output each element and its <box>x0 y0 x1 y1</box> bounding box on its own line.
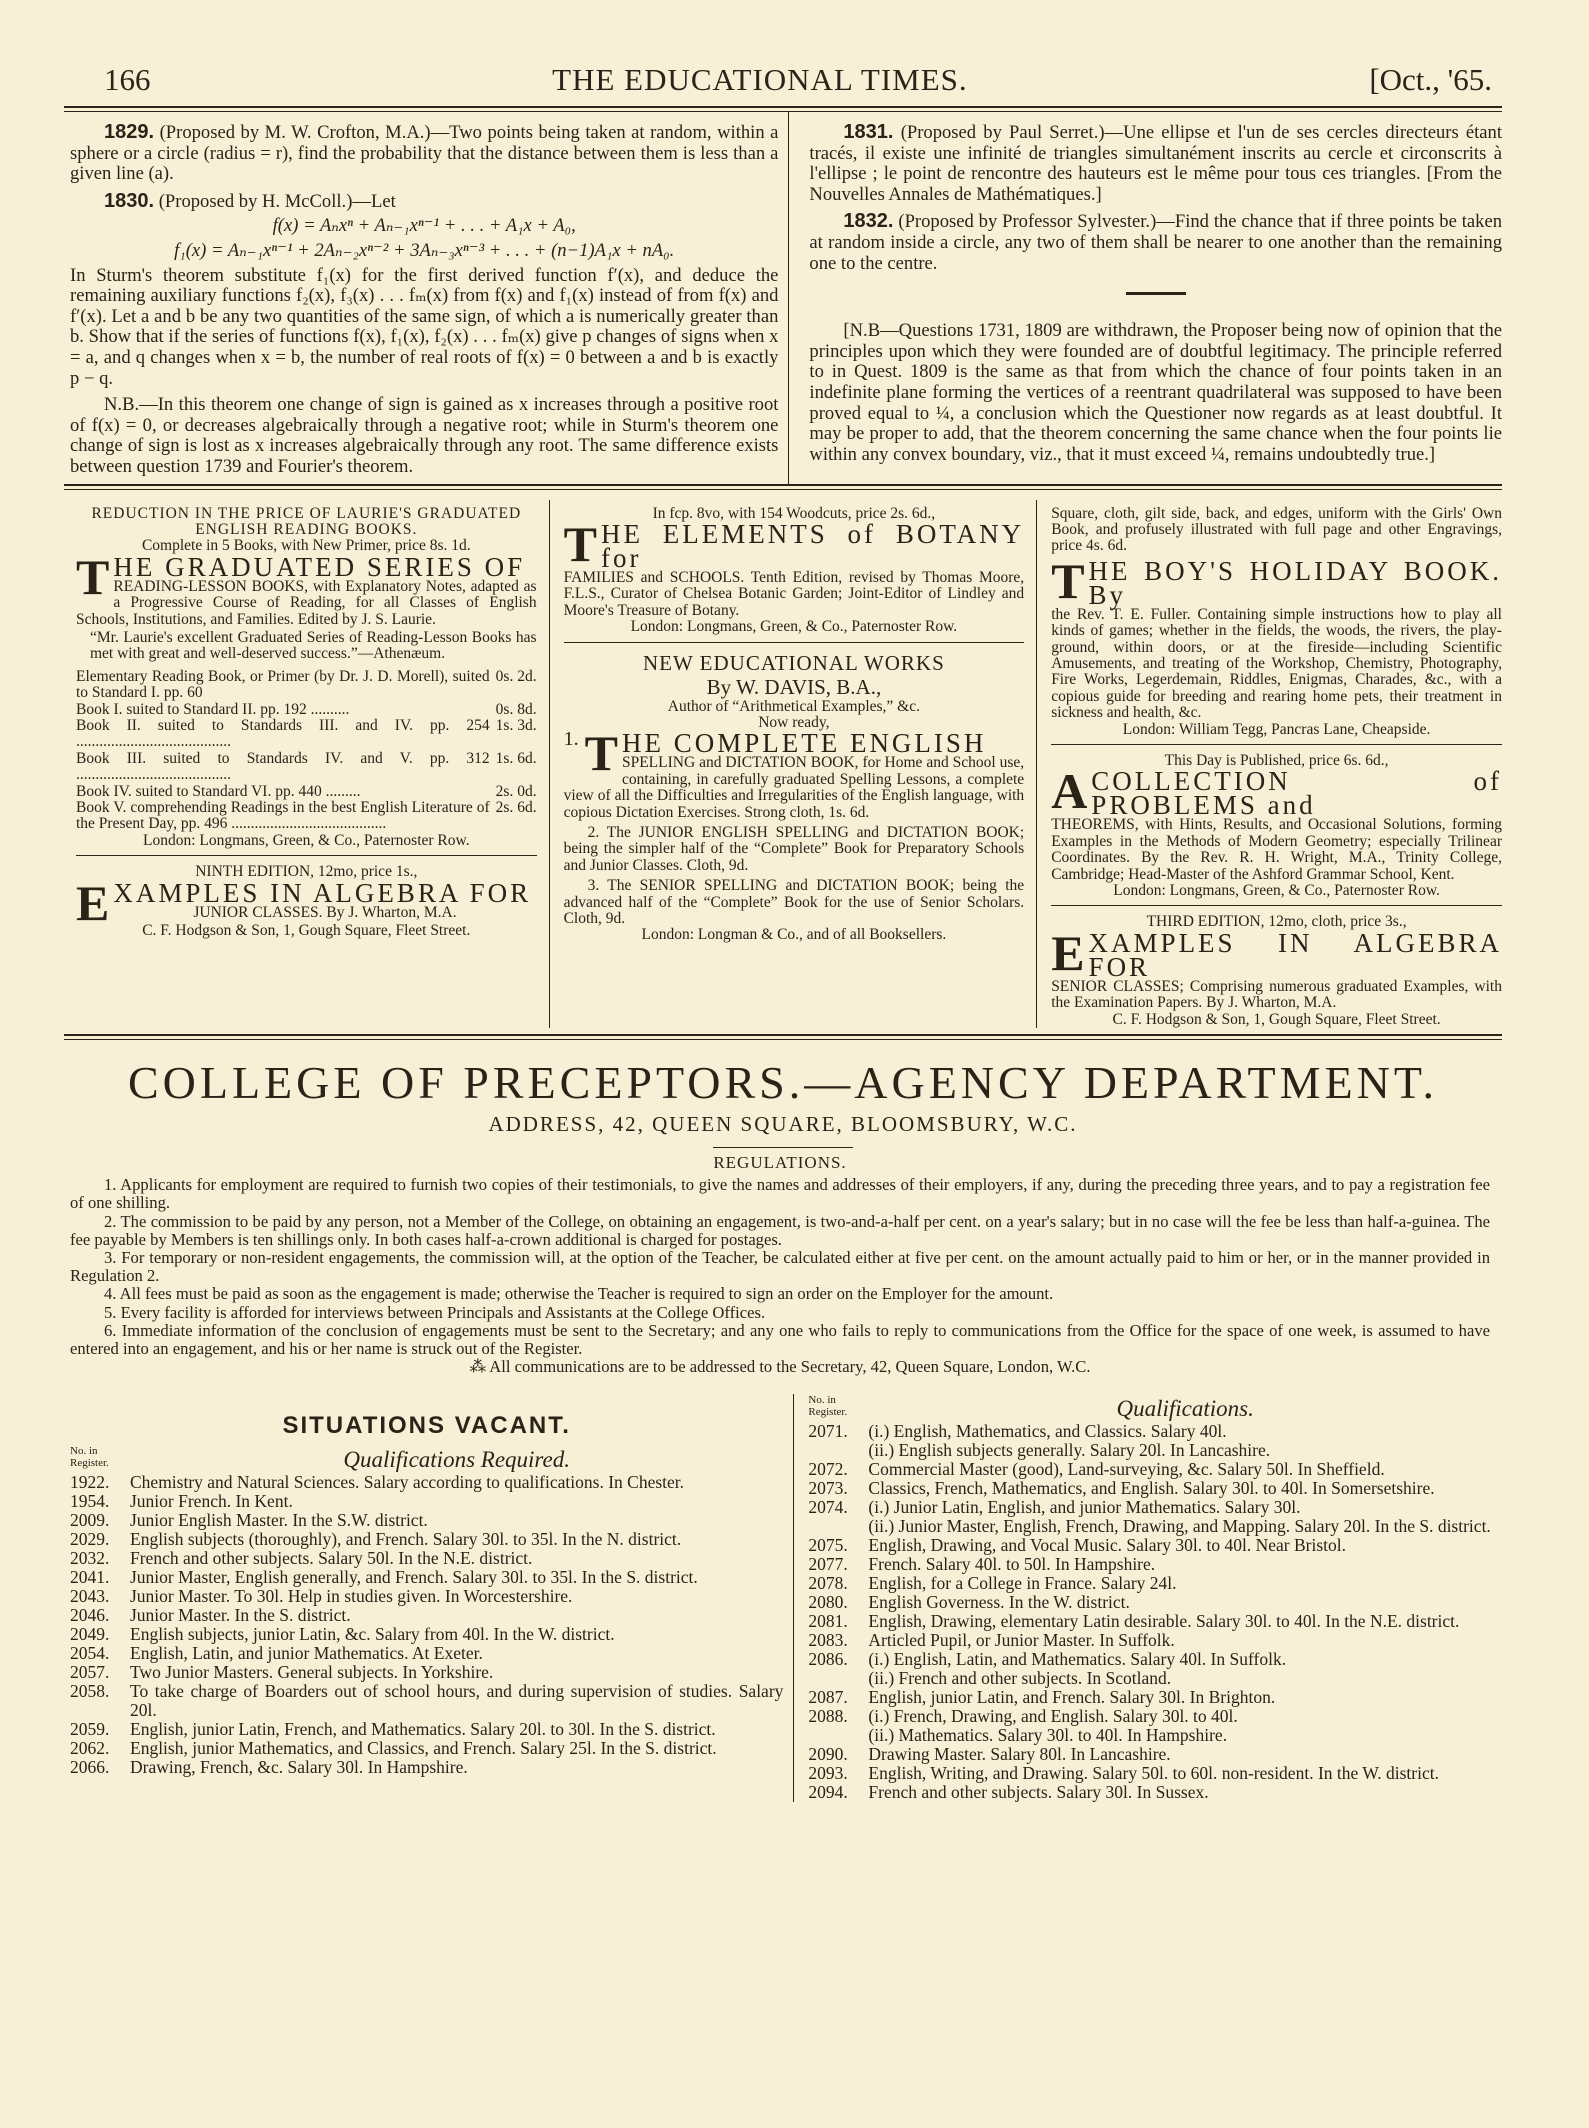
situation-entry: 2062.English, junior Mathematics, and Cl… <box>70 1739 783 1758</box>
situations-right-header: No. in Register. Qualifications. <box>808 1394 1502 1418</box>
equation-f: f(x) = Aₙxⁿ + Aₙ₋₁xⁿ⁻¹ + . . . + A₁x + A… <box>70 216 778 237</box>
qualification-subitem: (ii.) English subjects generally. Salary… <box>868 1441 1502 1460</box>
davis-item-3: 3. The SENIOR SPELLING and DICTATION BOO… <box>564 878 1025 927</box>
register-number: 2057. <box>70 1663 130 1682</box>
ad-divider <box>76 855 537 856</box>
situation-entry: 2088.(i.) French, Drawing, and English. … <box>808 1707 1502 1745</box>
qualification-text: Junior Master. To 30l. Help in studies g… <box>130 1587 783 1606</box>
situation-entry: 2046.Junior Master. In the S. district. <box>70 1606 783 1625</box>
davis-author-note: Author of “Arithmetical Examples,” &c. <box>564 699 1025 715</box>
newspaper-page: 166 THE EDUCATIONAL TIMES. [Oct., '65. 1… <box>64 62 1502 1802</box>
register-number: 2093. <box>808 1764 868 1783</box>
situation-entry: 2049.English subjects, junior Latin, &c.… <box>70 1625 783 1644</box>
price-item-value: 2s. 6d. <box>490 800 537 833</box>
qualification-text: English, junior Latin, and French. Salar… <box>868 1688 1502 1707</box>
davis-publisher: London: Longman & Co., and of all Bookse… <box>564 927 1025 943</box>
qualification-text: English, Drawing, elementary Latin desir… <box>868 1612 1502 1631</box>
qualification-subitem: (ii.) Mathematics. Salary 30l. to 40l. I… <box>868 1726 1502 1745</box>
qualification-text: English subjects, junior Latin, &c. Sala… <box>130 1625 783 1644</box>
register-number: 1954. <box>70 1492 130 1511</box>
ads-top-rule <box>64 484 1502 490</box>
qualification-text: English, for a College in France. Salary… <box>868 1574 1502 1593</box>
algebra-junior-publisher: C. F. Hodgson & Son, 1, Gough Square, Fl… <box>76 923 537 939</box>
laurie-publisher: London: Longmans, Green, & Co., Paternos… <box>76 833 537 849</box>
situation-entry: 2077.French. Salary 40l. to 50l. In Hamp… <box>808 1555 1502 1574</box>
register-number: 2059. <box>70 1720 130 1739</box>
situations-right-list: 2071.(i.) English, Mathematics, and Clas… <box>808 1422 1502 1802</box>
situations-left-header: No. in Register. Qualifications Required… <box>70 1445 783 1469</box>
situation-entry: 2093.English, Writing, and Drawing. Sala… <box>808 1764 1502 1783</box>
algebra-senior-publisher: C. F. Hodgson & Son, 1, Gough Square, Fl… <box>1051 1012 1502 1028</box>
register-number: 2046. <box>70 1606 130 1625</box>
register-number: 2075. <box>808 1536 868 1555</box>
qualification-text: Drawing Master. Salary 80l. In Lancashir… <box>868 1745 1502 1764</box>
situation-entry: 2081.English, Drawing, elementary Latin … <box>808 1612 1502 1631</box>
price-item-value: 0s. 8d. <box>490 702 537 718</box>
problems-publisher: London: Longmans, Green, & Co., Paternos… <box>1051 883 1502 899</box>
situation-entry: 2009.Junior English Master. In the S.W. … <box>70 1511 783 1530</box>
situation-entry: 2083.Articled Pupil, or Junior Master. I… <box>808 1631 1502 1650</box>
laurie-headline: REDUCTION IN THE PRICE OF LAURIE'S GRADU… <box>76 506 537 539</box>
situation-entry: 2072.Commercial Master (good), Land-surv… <box>808 1460 1502 1479</box>
price-item-label: Book I. suited to Standard II. pp. 192 .… <box>76 702 349 718</box>
question-1832: 1832. (Proposed by Professor Sylvester.)… <box>809 211 1502 274</box>
botany-publisher: London: Longmans, Green, & Co., Paternos… <box>564 619 1025 635</box>
qualification-text: French and other subjects. Salary 30l. I… <box>868 1783 1502 1802</box>
situation-entry: 2073.Classics, French, Mathematics, and … <box>808 1479 1502 1498</box>
qualification-text: (i.) Junior Latin, English, and junior M… <box>868 1498 1502 1536</box>
situations-title: SITUATIONS VACANT. <box>70 1416 783 1435</box>
botany-body: FAMILIES and SCHOOLS. Tenth Edition, rev… <box>564 570 1025 619</box>
register-number: 2078. <box>808 1574 868 1593</box>
question-1830-body: In Sturm's theorem substitute f₁(x) for … <box>70 266 778 390</box>
qualification-text: Drawing, French, &c. Salary 30l. In Hamp… <box>130 1758 783 1777</box>
ad-divider <box>1051 905 1502 906</box>
situation-entry: 1954.Junior French. In Kent. <box>70 1492 783 1511</box>
questions-section: 1829. (Proposed by M. W. Crofton, M.A.)—… <box>64 112 1502 484</box>
qualification-text: Articled Pupil, or Junior Master. In Suf… <box>868 1631 1502 1650</box>
qualification-text: French and other subjects. Salary 50l. I… <box>130 1549 783 1568</box>
botany-ad: T HE ELEMENTS of BOTANY for FAMILIES and… <box>564 522 1025 636</box>
davis-headline: NEW EDUCATIONAL WORKS <box>564 651 1025 675</box>
algebra-junior-ad: E XAMPLES IN ALGEBRA FOR JUNIOR CLASSES.… <box>76 881 537 939</box>
algebra-junior-title: XAMPLES IN ALGEBRA FOR <box>76 881 537 905</box>
college-agency-section: COLLEGE OF PRECEPTORS.—AGENCY DEPARTMENT… <box>64 1058 1502 1148</box>
equation-f1: f₁(x) = Aₙ₋₁xⁿ⁻¹ + 2Aₙ₋₂xⁿ⁻² + 3Aₙ₋₃xⁿ⁻³… <box>70 241 778 262</box>
ad-divider <box>564 642 1025 643</box>
price-list-item: Book V. comprehending Readings in the be… <box>76 800 537 833</box>
qualification-text: English, junior Latin, French, and Mathe… <box>130 1720 783 1739</box>
boys-holiday-ad: T HE BOY'S HOLIDAY BOOK. By the Rev. T. … <box>1051 559 1502 738</box>
regulations-heading: REGULATIONS. <box>70 1154 1490 1172</box>
situations-right-column: No. in Register. Qualifications. 2071.(i… <box>794 1394 1502 1802</box>
problems-title: COLLECTION of PROBLEMS and <box>1051 769 1502 817</box>
qualification-text: (i.) English, Mathematics, and Classics.… <box>868 1422 1502 1460</box>
register-number: 2086. <box>808 1650 868 1688</box>
qualification-text: English, junior Mathematics, and Classic… <box>130 1739 783 1758</box>
boys-holiday-title: HE BOY'S HOLIDAY BOOK. By <box>1051 559 1502 607</box>
price-list-item: Book IV. suited to Standard VI. pp. 440 … <box>76 784 537 800</box>
algebra-senior-body: SENIOR CLASSES; Comprising numerous grad… <box>1051 979 1502 1012</box>
price-item-value: 1s. 3d. <box>490 718 537 751</box>
situation-entry: 2074.(i.) Junior Latin, English, and jun… <box>808 1498 1502 1536</box>
ad-divider <box>1051 744 1502 745</box>
qualification-text: Junior French. In Kent. <box>130 1492 783 1511</box>
college-divider <box>713 1147 853 1148</box>
situation-entry: 2071.(i.) English, Mathematics, and Clas… <box>808 1422 1502 1460</box>
question-1831: 1831. (Proposed by Paul Serret.)—Une ell… <box>809 122 1502 205</box>
laurie-body: READING-LESSON BOOKS, with Explanatory N… <box>76 579 537 628</box>
situation-entry: 2041.Junior Master, English generally, a… <box>70 1568 783 1587</box>
boys-holiday-preline: Square, cloth, gilt side, back, and edge… <box>1051 506 1502 555</box>
situation-entry: 2054.English, Latin, and junior Mathemat… <box>70 1644 783 1663</box>
register-number: 2043. <box>70 1587 130 1606</box>
register-number: 2087. <box>808 1688 868 1707</box>
register-number: 2073. <box>808 1479 868 1498</box>
situation-entry: 2029.English subjects (thoroughly), and … <box>70 1530 783 1549</box>
laurie-ad: T HE GRADUATED SERIES OF READING-LESSON … <box>76 555 537 850</box>
questions-left-column: 1829. (Proposed by M. W. Crofton, M.A.)—… <box>64 112 789 484</box>
masthead-title: THE EDUCATIONAL TIMES. <box>552 62 968 98</box>
register-number: 2081. <box>808 1612 868 1631</box>
register-number: 2072. <box>808 1460 868 1479</box>
page-number: 166 <box>104 62 151 98</box>
price-item-label: Elementary Reading Book, or Primer (by D… <box>76 669 490 702</box>
qualification-text: Commercial Master (good), Land-surveying… <box>868 1460 1502 1479</box>
problems-ad: A COLLECTION of PROBLEMS and THEOREMS, w… <box>1051 769 1502 899</box>
qualification-subitem: (ii.) French and other subjects. In Scot… <box>868 1669 1502 1688</box>
ad-column-2: In fcp. 8vo, with 154 Woodcuts, price 2s… <box>550 500 1038 1029</box>
price-list-item: Book III. suited to Standards IV. and V.… <box>76 751 537 784</box>
situation-entry: 2078.English, for a College in France. S… <box>808 1574 1502 1593</box>
qualification-text: (i.) French, Drawing, and English. Salar… <box>868 1707 1502 1745</box>
register-number: 2062. <box>70 1739 130 1758</box>
qualification-text: English Governess. In the W. district. <box>868 1593 1502 1612</box>
register-number: 2041. <box>70 1568 130 1587</box>
qualification-text: English, Writing, and Drawing. Salary 50… <box>868 1764 1502 1783</box>
register-number: 2074. <box>808 1498 868 1536</box>
register-number: 2032. <box>70 1549 130 1568</box>
register-number: 2090. <box>808 1745 868 1764</box>
davis-item-1: 1. T HE COMPLETE ENGLISH SPELLING and DI… <box>564 731 1025 821</box>
qualification-text: Two Junior Masters. General subjects. In… <box>130 1663 783 1682</box>
price-list-item: Elementary Reading Book, or Primer (by D… <box>76 669 537 702</box>
situation-entry: 2087.English, junior Latin, and French. … <box>808 1688 1502 1707</box>
question-1829: 1829. (Proposed by M. W. Crofton, M.A.)—… <box>70 122 778 185</box>
register-number: 2071. <box>808 1422 868 1460</box>
qualification-text: Junior Master, English generally, and Fr… <box>130 1568 783 1587</box>
ad-column-3: Square, cloth, gilt side, back, and edge… <box>1037 500 1502 1029</box>
register-number: 1922. <box>70 1473 130 1492</box>
laurie-price-list: Elementary Reading Book, or Primer (by D… <box>76 669 537 833</box>
college-address: ADDRESS, 42, QUEEN SQUARE, BLOOMSBURY, W… <box>64 1112 1502 1137</box>
davis-item-2: 2. The JUNIOR ENGLISH SPELLING and DICTA… <box>564 825 1025 874</box>
regulations-footer: ⁂ All communications are to be addressed… <box>70 1358 1490 1376</box>
botany-title: HE ELEMENTS of BOTANY for <box>564 522 1025 570</box>
price-item-label: Book V. comprehending Readings in the be… <box>76 800 490 833</box>
qualification-text: French. Salary 40l. to 50l. In Hampshire… <box>868 1555 1502 1574</box>
register-number: 2058. <box>70 1682 130 1720</box>
price-item-value: 1s. 6d. <box>490 751 537 784</box>
regulation-1: 1. Applicants for employment are require… <box>70 1176 1490 1212</box>
page-header: 166 THE EDUCATIONAL TIMES. [Oct., '65. <box>64 62 1502 106</box>
situation-entry: 1922.Chemistry and Natural Sciences. Sal… <box>70 1473 783 1492</box>
price-item-label: Book III. suited to Standards IV. and V.… <box>76 751 490 784</box>
register-number: 2054. <box>70 1644 130 1663</box>
regulations: REGULATIONS. 1. Applicants for employmen… <box>64 1154 1502 1376</box>
questions-right-column: 1831. (Proposed by Paul Serret.)—Une ell… <box>789 112 1502 484</box>
problems-body: THEOREMS, with Hints, Results, and Occas… <box>1051 817 1502 883</box>
ads-bottom-rule <box>64 1034 1502 1040</box>
register-number: 2009. <box>70 1511 130 1530</box>
algebra-senior-title: XAMPLES IN ALGEBRA FOR <box>1051 931 1502 979</box>
situation-entry: 2066.Drawing, French, &c. Salary 30l. In… <box>70 1758 783 1777</box>
price-item-value: 2s. 0d. <box>490 784 537 800</box>
register-number: 2049. <box>70 1625 130 1644</box>
qualification-text: English, Drawing, and Vocal Music. Salar… <box>868 1536 1502 1555</box>
situations-left-column: SITUATIONS VACANT. No. in Register. Qual… <box>64 1394 794 1802</box>
college-title: COLLEGE OF PRECEPTORS.—AGENCY DEPARTMENT… <box>64 1058 1502 1108</box>
qualification-text: Junior Master. In the S. district. <box>130 1606 783 1625</box>
regulation-5: 5. Every facility is afforded for interv… <box>70 1304 1490 1322</box>
register-number: 2080. <box>808 1593 868 1612</box>
situation-entry: 2032.French and other subjects. Salary 5… <box>70 1549 783 1568</box>
register-number: 2088. <box>808 1707 868 1745</box>
regulation-4: 4. All fees must be paid as soon as the … <box>70 1285 1490 1303</box>
qualification-text: English subjects (thoroughly), and Frenc… <box>130 1530 783 1549</box>
situation-entry: 2058.To take charge of Boarders out of s… <box>70 1682 783 1720</box>
qualification-text: To take charge of Boarders out of school… <box>130 1682 783 1720</box>
qualification-text: Junior English Master. In the S.W. distr… <box>130 1511 783 1530</box>
qualification-subitem: (ii.) Junior Master, English, French, Dr… <box>868 1517 1502 1536</box>
qualification-text: Classics, French, Mathematics, and Engli… <box>868 1479 1502 1498</box>
price-list-item: Book II. suited to Standards III. and IV… <box>76 718 537 751</box>
situation-entry: 2086.(i.) English, Latin, and Mathematic… <box>808 1650 1502 1688</box>
advertisements: REDUCTION IN THE PRICE OF LAURIE'S GRADU… <box>64 500 1502 1029</box>
ad-column-1: REDUCTION IN THE PRICE OF LAURIE'S GRADU… <box>64 500 550 1029</box>
situation-entry: 2059.English, junior Latin, French, and … <box>70 1720 783 1739</box>
register-number: 2083. <box>808 1631 868 1650</box>
withdrawn-note: [N.B—Questions 1731, 1809 are withdrawn,… <box>809 321 1502 465</box>
issue-date: [Oct., '65. <box>1369 62 1492 98</box>
price-item-label: Book II. suited to Standards III. and IV… <box>76 718 490 751</box>
price-list-item: Book I. suited to Standard II. pp. 192 .… <box>76 702 537 718</box>
register-number: 2066. <box>70 1758 130 1777</box>
register-number: 2029. <box>70 1530 130 1549</box>
price-item-value: 0s. 2d. <box>490 669 537 702</box>
qualification-text: (i.) English, Latin, and Mathematics. Sa… <box>868 1650 1502 1688</box>
situations-left-list: 1922.Chemistry and Natural Sciences. Sal… <box>70 1473 783 1777</box>
boys-holiday-publisher: London: William Tegg, Pancras Lane, Chea… <box>1051 722 1502 738</box>
qualification-text: English, Latin, and junior Mathematics. … <box>130 1644 783 1663</box>
boys-holiday-body: the Rev. T. E. Fuller. Containing simple… <box>1051 607 1502 722</box>
laurie-title: HE GRADUATED SERIES OF <box>76 555 537 579</box>
davis-author: By W. DAVIS, B.A., <box>564 675 1025 699</box>
price-item-label: Book IV. suited to Standard VI. pp. 440 … <box>76 784 360 800</box>
register-number: 2077. <box>808 1555 868 1574</box>
situation-entry: 2057.Two Junior Masters. General subject… <box>70 1663 783 1682</box>
situation-entry: 2080.English Governess. In the W. distri… <box>808 1593 1502 1612</box>
register-number: 2094. <box>808 1783 868 1802</box>
situation-entry: 2075.English, Drawing, and Vocal Music. … <box>808 1536 1502 1555</box>
algebra-senior-ad: E XAMPLES IN ALGEBRA FOR SENIOR CLASSES;… <box>1051 931 1502 1028</box>
situation-entry: 2043.Junior Master. To 30l. Help in stud… <box>70 1587 783 1606</box>
question-1830: 1830. (Proposed by H. McColl.)—Let <box>70 191 778 213</box>
regulation-6: 6. Immediate information of the conclusi… <box>70 1322 1490 1358</box>
qualification-text: Chemistry and Natural Sciences. Salary a… <box>130 1473 783 1492</box>
situations-section: SITUATIONS VACANT. No. in Register. Qual… <box>64 1394 1502 1802</box>
situation-entry: 2090.Drawing Master. Salary 80l. In Lanc… <box>808 1745 1502 1764</box>
situation-entry: 2094.French and other subjects. Salary 3… <box>808 1783 1502 1802</box>
section-divider <box>1126 292 1186 295</box>
laurie-quote: “Mr. Laurie's excellent Graduated Series… <box>76 628 537 663</box>
regulation-3: 3. For temporary or non-resident engagem… <box>70 1249 1490 1285</box>
regulation-2: 2. The commission to be paid by any pers… <box>70 1213 1490 1249</box>
question-1830-note: N.B.—In this theorem one change of sign … <box>70 395 778 477</box>
